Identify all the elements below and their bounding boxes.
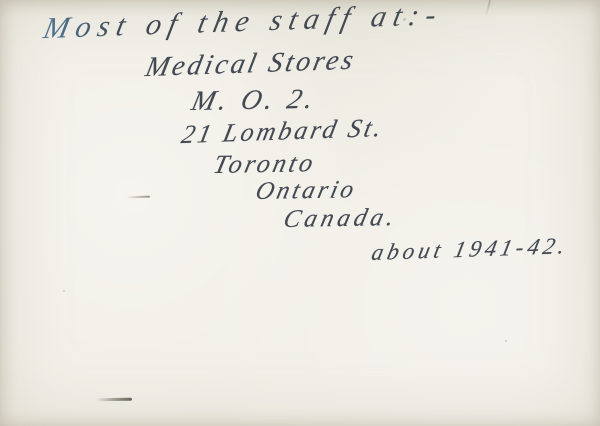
paper-speck [505,340,507,342]
handwriting-line-date: about 1941-42. [369,233,571,266]
pencil-dash-mark [126,196,150,199]
handwriting-line-mo2: M. O. 2. [188,84,320,118]
handwriting-line-country: Canada. [281,204,401,234]
handwriting-line-staff-at: Most of the staff at:- [40,0,446,46]
handwriting-line-medical-stores: Medical Stores [143,45,359,85]
paper-speck [403,18,406,21]
handwriting-line-province: Ontario [253,176,360,206]
paper-scratch [485,0,491,17]
photo-back-paper: Most of the staff at:- Medical Stores M.… [0,0,600,426]
handwriting-line-city: Toronto [211,148,319,180]
pencil-dash-mark [96,398,132,402]
paper-speck [342,196,344,198]
paper-speck [63,290,65,292]
handwriting-line-address: 21 Lombard St. [179,113,387,150]
